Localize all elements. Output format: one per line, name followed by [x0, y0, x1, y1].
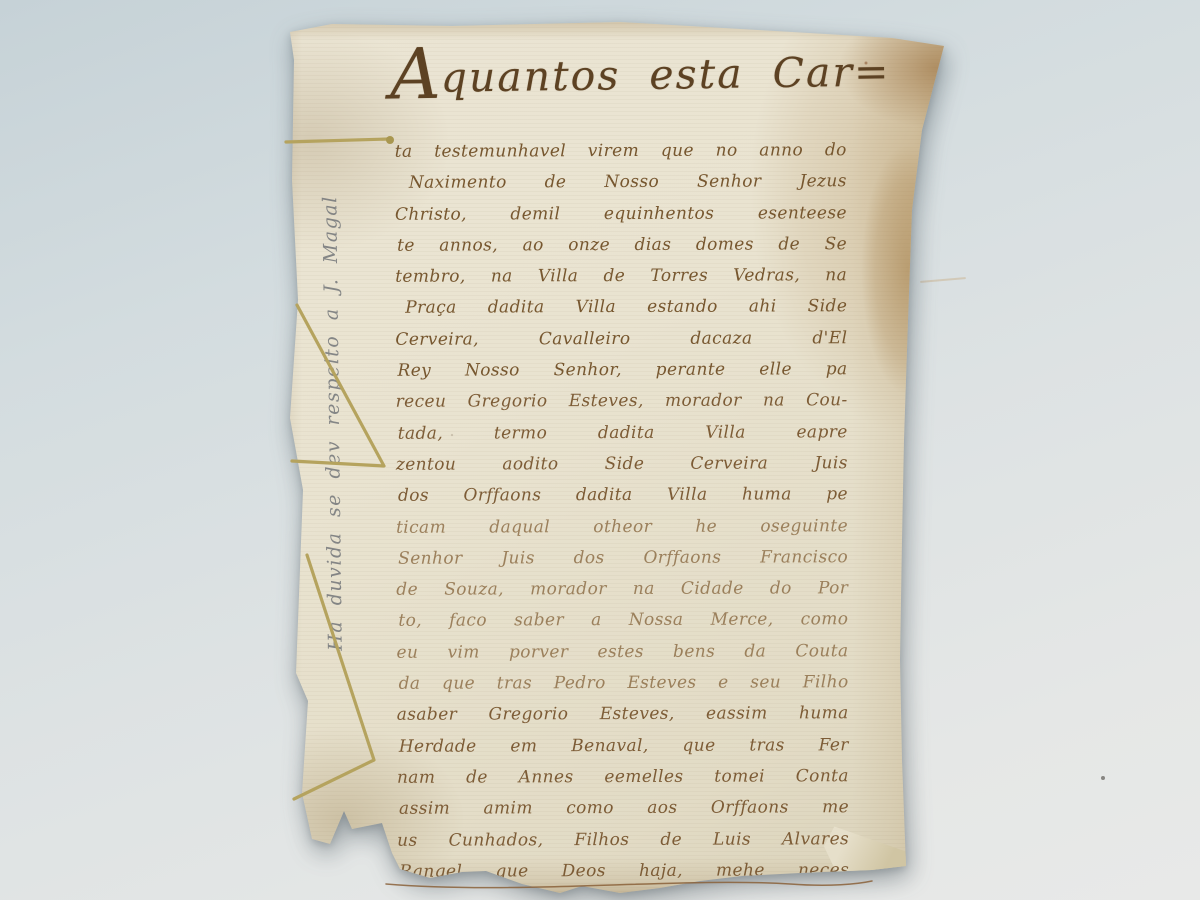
manuscript-line: Senhor Juis dos Orffaons Francisco: [398, 542, 848, 575]
manuscript-line: tada, termo dadita Villa eapre: [398, 417, 848, 450]
manuscript-page: Aquantos esta Car= ta testemunhavel vire…: [272, 20, 962, 896]
manuscript-line: Naximento de Nosso Senhor Jezus: [397, 167, 847, 200]
manuscript-line: asaber Gregorio Esteves, eassim huma: [397, 699, 849, 732]
manuscript-line: us Cunhados, Filhos de Luis Alvares: [397, 824, 849, 857]
manuscript-line: zentou aodito Side Cerveira Juis: [396, 448, 848, 481]
paper-sheet: Aquantos esta Car= ta testemunhavel vire…: [272, 20, 962, 896]
photo-backdrop: Aquantos esta Car= ta testemunhavel vire…: [0, 0, 1200, 900]
manuscript-line: da que tras Pedro Esteves e seu Filho: [399, 667, 849, 700]
manuscript-line: Rangel que Deos haja, mehe neces: [399, 855, 849, 888]
heading-text: quantos esta Car=: [440, 48, 890, 102]
manuscript-line: receu Gregorio Esteves, morador na Cou-: [396, 386, 848, 419]
manuscript-line: Praça dadita Villa estando ahi Side: [397, 292, 847, 325]
manuscript-line: Christo, demil equinhentos esenteese: [395, 198, 847, 231]
heading-initial: A: [389, 33, 441, 116]
backdrop-speck: [1101, 776, 1105, 780]
manuscript-line: Rey Nosso Senhor, perante elle pa: [397, 354, 847, 387]
manuscript-line: ticam daqual otheor he oseguinte: [396, 511, 848, 544]
manuscript-heading: Aquantos esta Car=: [390, 37, 891, 107]
manuscript-line: Herdade em Benaval, que tras Fer: [399, 730, 849, 763]
manuscript-line: eu vim porver estes bens da Couta: [396, 636, 848, 669]
manuscript-line: nam de Annes eemelles tomei Conta: [397, 761, 849, 794]
margin-note: Ha duvida se dev respeito a J. Magal: [318, 123, 351, 723]
manuscript-line: ta testemunhavel virem que no anno do: [395, 135, 847, 168]
manuscript-line: Cerveira, Cavalleiro dacaza d'El: [395, 323, 847, 356]
manuscript-line: te annos, ao onze dias domes de Se: [397, 229, 847, 262]
manuscript-lines: ta testemunhavel virem que no anno doNax…: [395, 135, 850, 888]
manuscript-line: dos Orffaons dadita Villa huma pe: [398, 479, 848, 512]
manuscript-line: tembro, na Villa de Torres Vedras, na: [395, 260, 847, 293]
manuscript-line: assim amim como aos Orffaons me: [399, 792, 849, 825]
manuscript-line: de Souza, morador na Cidade do Por: [396, 573, 848, 606]
manuscript-line: to, faco saber a Nossa Merce, como: [398, 605, 848, 638]
